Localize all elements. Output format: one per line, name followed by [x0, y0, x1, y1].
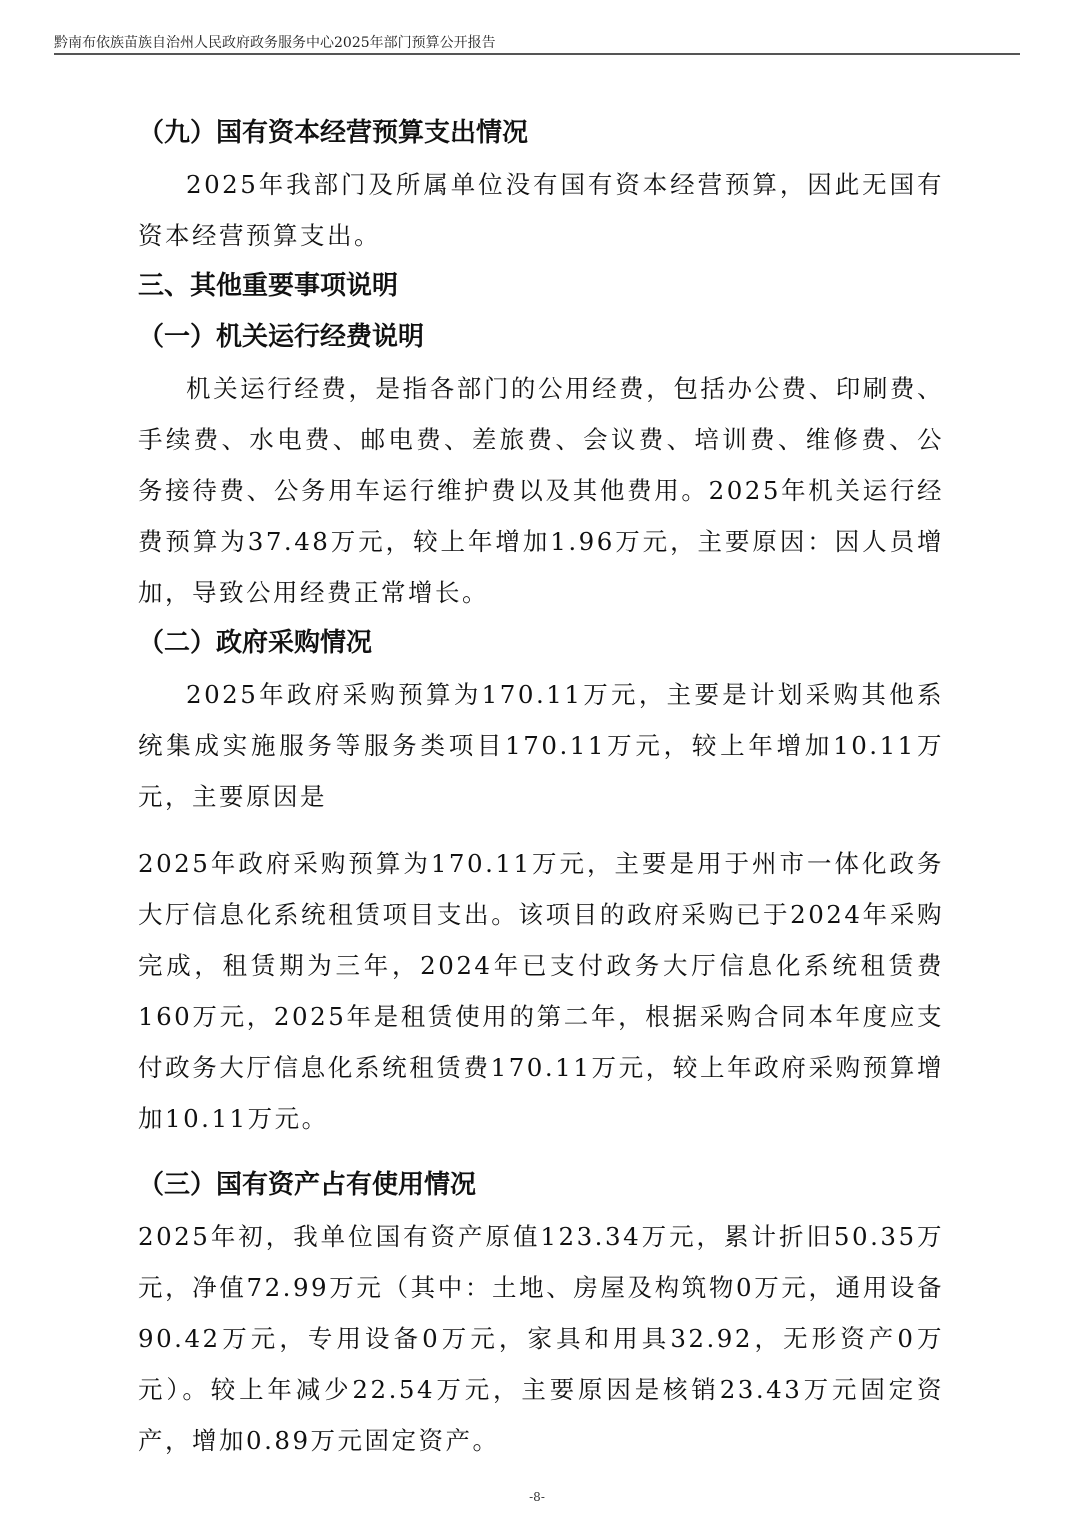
paragraph: 机关运行经费，是指各部门的公用经费，包括办公费、印刷费、手续费、水电费、邮电费、… [138, 363, 944, 618]
section-heading-9: （九）国有资本经营预算支出情况 [138, 108, 944, 159]
document-body: （九）国有资本经营预算支出情况 2025年我部门及所属单位没有国有资本经营预算，… [138, 108, 944, 1466]
spacer [138, 1144, 944, 1160]
paragraph: 2025年政府采购预算为170.11万元，主要是用于州市一体化政务大厅信息化系统… [138, 838, 944, 1144]
paragraph: 2025年初，我单位国有资产原值123.34万元，累计折旧50.35万元，净值7… [138, 1211, 944, 1466]
spacer [138, 822, 944, 838]
section-heading-3: （三）国有资产占有使用情况 [138, 1160, 944, 1211]
paragraph: 2025年政府采购预算为170.11万元，主要是计划采购其他系统集成实施服务等服… [138, 669, 944, 822]
paragraph: 2025年我部门及所属单位没有国有资本经营预算，因此无国有资本经营预算支出。 [138, 159, 944, 261]
section-heading-1: （一）机关运行经费说明 [138, 312, 944, 363]
section-heading-2: （二）政府采购情况 [138, 618, 944, 669]
document-header: 黔南布依族苗族自治州人民政府政务服务中心2025年部门预算公开报告 [54, 32, 496, 52]
part-heading-3: 三、其他重要事项说明 [138, 261, 944, 312]
header-divider [54, 53, 1020, 55]
page-number: -8- [0, 1490, 1074, 1504]
